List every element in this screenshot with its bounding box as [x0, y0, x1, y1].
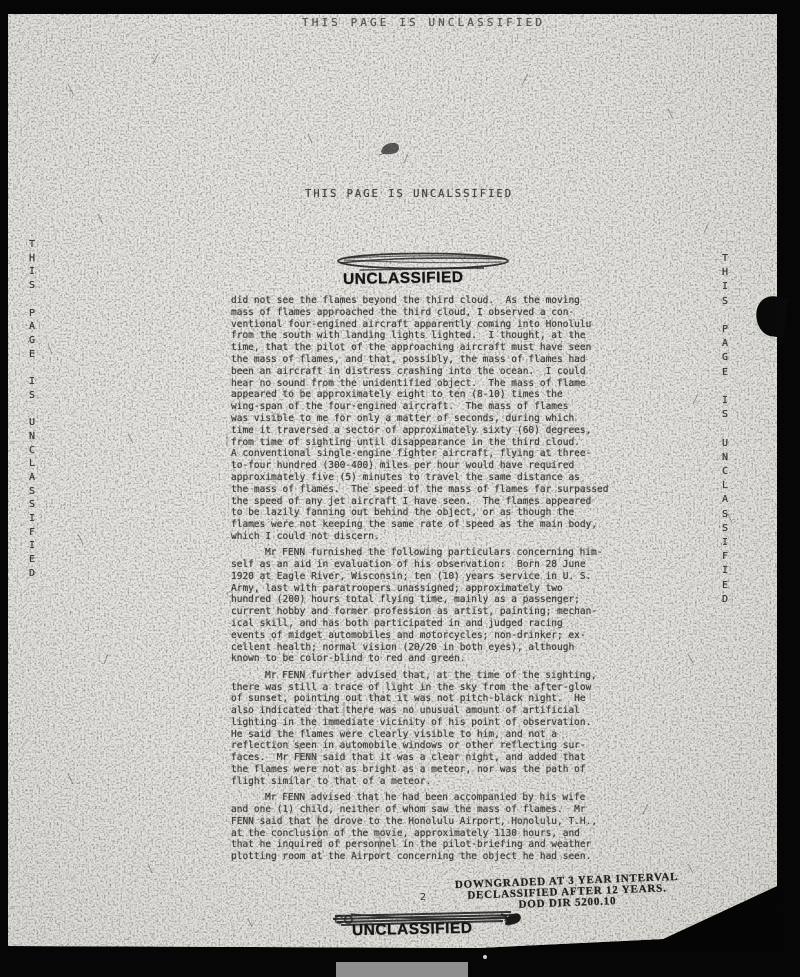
- ink-blot: [377, 138, 403, 158]
- top-edge-label: THIS PAGE IS UNCLASSIFIED: [302, 16, 545, 29]
- typed-header: THIS PAGE IS UNCALSSIFIED: [305, 188, 513, 200]
- paragraph: did not see the flames beyond the third …: [231, 295, 623, 543]
- paragraph: Mr FENN further advised that, at the tim…: [231, 670, 623, 788]
- bottom-unclassified-stamp: UNCLASSIFIED: [352, 920, 473, 941]
- center-unclassified-stamp: UNCLASSIFIED: [343, 269, 464, 289]
- page-number: 2: [420, 892, 426, 903]
- paragraph: Mr FENN advised that he had been accompa…: [231, 792, 623, 863]
- paragraph: Mr FENN furnished the following particul…: [231, 547, 623, 665]
- left-margin-vertical-label: T H I S P A G E I S U N C L A S S I F I …: [29, 238, 35, 581]
- body-text: did not see the flames beyond the third …: [231, 295, 623, 863]
- right-margin-vertical-label: T H I S P A G E I S U N C L A S S I F I …: [722, 252, 728, 607]
- downgrade-stamp: DOWNGRADED AT 3 YEAR INTERVAL DECLASSIFI…: [447, 872, 686, 913]
- scanned-document-page: THIS PAGE IS UNCLASSIFIED THIS PAGE IS U…: [0, 0, 800, 977]
